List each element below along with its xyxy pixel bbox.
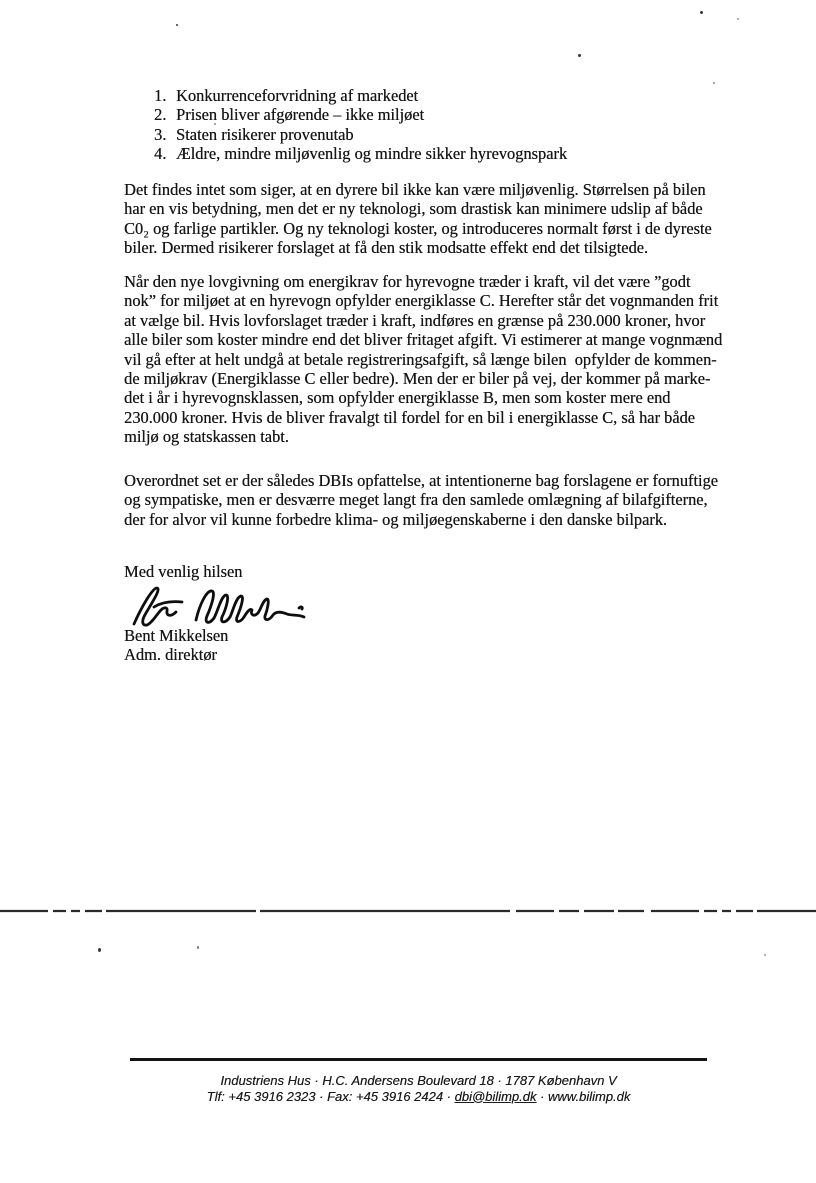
list-item-text: Konkurrenceforvridning af markedet <box>176 86 418 105</box>
scan-speck <box>713 82 715 84</box>
scan-speck <box>578 54 581 57</box>
list-item-number: 2. <box>154 105 176 124</box>
paragraph: Overordnet set er der således DBIs opfat… <box>124 471 736 529</box>
footer-contact-suffix: · www.bilimp.dk <box>536 1089 630 1104</box>
footer: Industriens Hus · H.C. Andersens Bouleva… <box>110 1073 727 1104</box>
handwritten-signature-icon <box>126 581 318 629</box>
footer-contact: Tlf: +45 3916 2323 · Fax: +45 3916 2424 … <box>110 1089 727 1105</box>
paragraph: Når den nye lovgivning om energikrav for… <box>124 272 736 447</box>
scan-speck <box>98 948 101 952</box>
list-item: 4. Ældre, mindre miljøvenlig og mindre s… <box>154 144 567 163</box>
list-item-number: 4. <box>154 144 176 163</box>
scan-speck <box>214 123 216 125</box>
list-item-text: Ældre, mindre miljøvenlig og mindre sikk… <box>176 144 567 163</box>
list-item: 2. Prisen bliver afgørende – ikke miljøe… <box>154 105 567 124</box>
footer-contact-prefix: Tlf: +45 3916 2323 · Fax: +45 3916 2424 … <box>207 1089 455 1104</box>
footer-address: Industriens Hus · H.C. Andersens Bouleva… <box>110 1073 727 1089</box>
scan-speck <box>764 954 766 956</box>
list-item-number: 3. <box>154 125 176 144</box>
fold-dashed-line <box>0 909 816 913</box>
scan-speck <box>737 18 739 20</box>
footer-rule <box>130 1058 707 1061</box>
signer-title: Adm. direktør <box>124 645 217 664</box>
list-item-text: Prisen bliver afgørende – ikke miljøet <box>176 105 424 124</box>
scan-speck <box>197 946 199 949</box>
signer-name: Bent Mikkelsen <box>124 626 228 645</box>
scanned-letter-page: 1. Konkurrenceforvridning af markedet 2.… <box>0 0 816 1183</box>
list-item: 1. Konkurrenceforvridning af markedet <box>154 86 567 105</box>
scan-speck <box>176 24 178 26</box>
list-item-text: Staten risikerer provenutab <box>176 125 354 144</box>
list-item-number: 1. <box>154 86 176 105</box>
scan-speck <box>700 11 703 14</box>
closing-salutation: Med venlig hilsen <box>124 562 242 581</box>
paragraph: Det findes intet som siger, at en dyrere… <box>124 180 736 258</box>
list-item: 3. Staten risikerer provenutab <box>154 125 567 144</box>
email-link: dbi@bilimp.dk <box>455 1089 537 1104</box>
numbered-list: 1. Konkurrenceforvridning af markedet 2.… <box>154 86 567 164</box>
